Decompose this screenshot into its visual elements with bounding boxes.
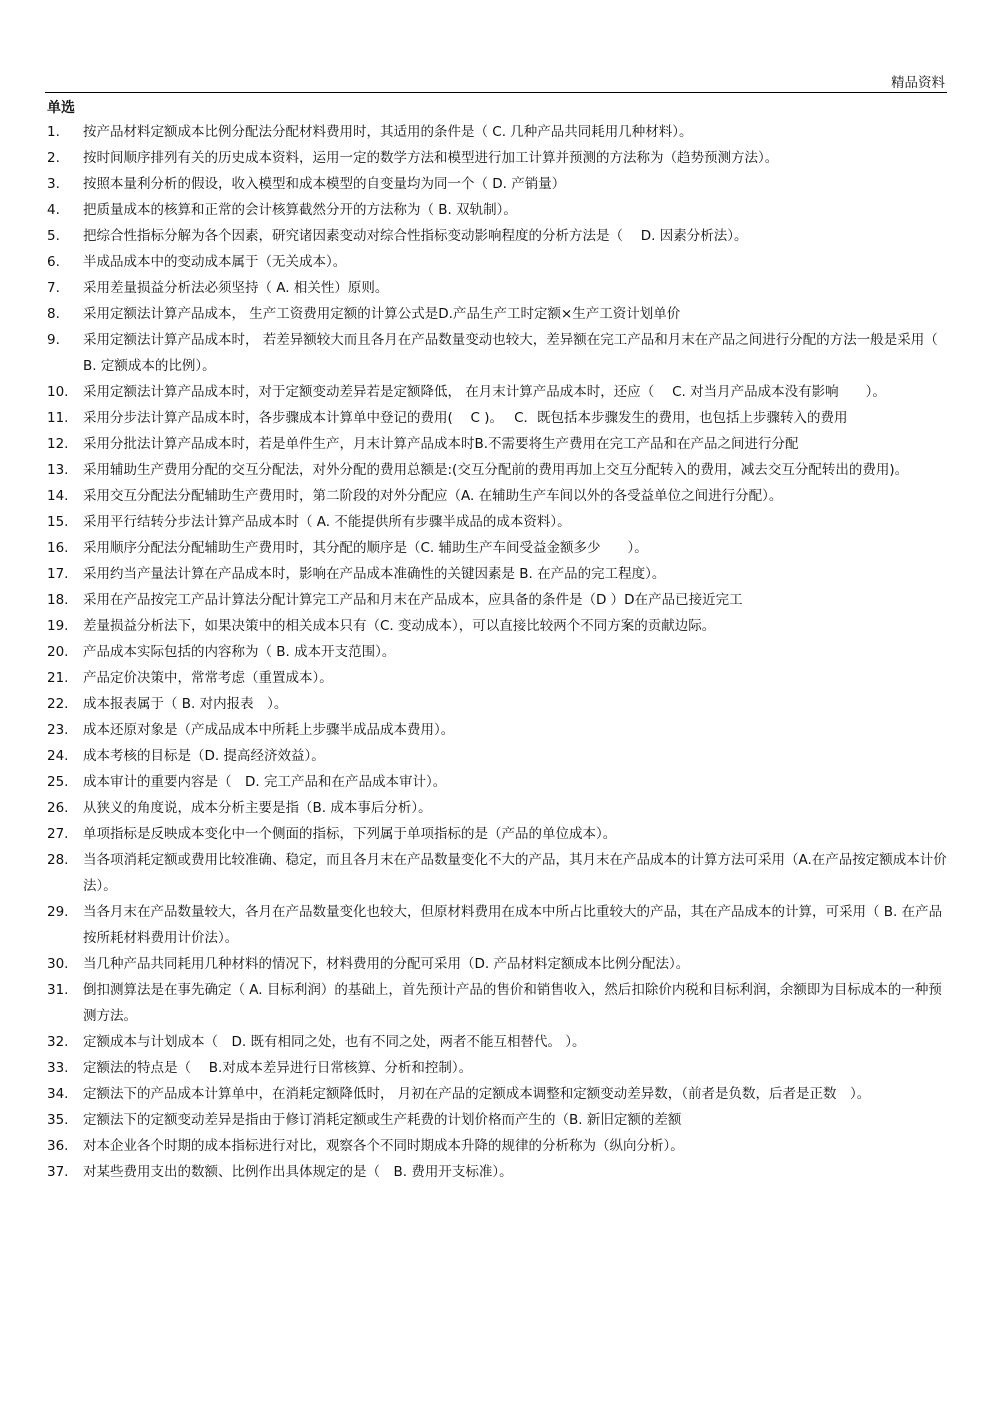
question-number: 36. [47,1133,83,1159]
question-number: 37. [47,1159,83,1185]
question-item: 37.对某些费用支出的数额、比例作出具体规定的是（ B. 费用开支标准）。 [47,1159,947,1185]
question-text: 半成品成本中的变动成本属于（无关成本）。 [83,249,947,275]
question-text: 采用定额法计算产品成本时， 若差异额较大而且各月在产品数量变动也较大，差异额在完… [83,327,947,379]
question-item: 18.采用在产品按完工产品计算法分配计算完工产品和月末在产品成本，应具备的条件是… [47,587,947,613]
question-text: 采用平行结转分步法计算产品成本时（ A. 不能提供所有步骤半成品的成本资料）。 [83,509,947,535]
question-number: 15. [47,509,83,535]
question-item: 3.按照本量利分析的假设，收入模型和成本模型的自变量均为同一个（ D. 产销量） [47,171,947,197]
question-item: 32.定额成本与计划成本（ D. 既有相同之处，也有不同之处，两者不能互相替代。… [47,1029,947,1055]
question-text: 按产品材料定额成本比例分配法分配材料费用时，其适用的条件是（ C. 几种产品共同… [83,119,947,145]
question-item: 20.产品成本实际包括的内容称为（ B. 成本开支范围）。 [47,639,947,665]
page-header: 精品资料 [45,70,947,93]
question-item: 24.成本考核的目标是（D. 提高经济效益）。 [47,743,947,769]
question-number: 6. [47,249,83,275]
question-text: 成本报表属于（ B. 对内报表 ）。 [83,691,947,717]
question-item: 6.半成品成本中的变动成本属于（无关成本）。 [47,249,947,275]
question-number: 27. [47,821,83,847]
question-text: 采用分步法计算产品成本时，各步骤成本计算单中登记的费用( C )。 C．既包括本… [83,405,947,431]
question-text: 当几种产品共同耗用几种材料的情况下，材料费用的分配可采用（D. 产品材料定额成本… [83,951,947,977]
header-label: 精品资料 [891,71,945,91]
question-number: 12. [47,431,83,457]
question-number: 21. [47,665,83,691]
question-number: 19. [47,613,83,639]
question-number: 13. [47,457,83,483]
question-text: 采用定额法计算产品成本， 生产工资费用定额的计算公式是D.产品生产工时定额×生产… [83,301,947,327]
question-number: 8. [47,301,83,327]
question-text: 当各月末在产品数量较大，各月在产品数量变化也较大，但原材料费用在成本中所占比重较… [83,899,947,951]
question-item: 34.定额法下的产品成本计算单中，在消耗定额降低时， 月初在产品的定额成本调整和… [47,1081,947,1107]
question-item: 12.采用分批法计算产品成本时，若是单件生产，月末计算产品成本时B.不需要将生产… [47,431,947,457]
question-text: 成本考核的目标是（D. 提高经济效益）。 [83,743,947,769]
question-text: 单项指标是反映成本变化中一个侧面的指标，下列属于单项指标的是（产品的单位成本）。 [83,821,947,847]
question-number: 34. [47,1081,83,1107]
question-item: 25.成本审计的重要内容是（ D. 完工产品和在产品成本审计）。 [47,769,947,795]
question-number: 20. [47,639,83,665]
question-number: 35. [47,1107,83,1133]
question-number: 25. [47,769,83,795]
question-text: 按时间顺序排列有关的历史成本资料，运用一定的数学方法和模型进行加工计算并预测的方… [83,145,947,171]
question-item: 9.采用定额法计算产品成本时， 若差异额较大而且各月在产品数量变动也较大，差异额… [47,327,947,379]
section-title: 单选 [47,97,75,117]
question-item: 35.定额法下的定额变动差异是指由于修订消耗定额或生产耗费的计划价格而产生的（B… [47,1107,947,1133]
question-item: 5.把综合性指标分解为各个因素，研究诸因素变动对综合性指标变动影响程度的分析方法… [47,223,947,249]
question-text: 定额法下的定额变动差异是指由于修订消耗定额或生产耗费的计划价格而产生的（B. 新… [83,1107,947,1133]
question-item: 4.把质量成本的核算和正常的会计核算截然分开的方法称为（ B. 双轨制）。 [47,197,947,223]
question-item: 19.差量损益分析法下，如果决策中的相关成本只有（C. 变动成本），可以直接比较… [47,613,947,639]
question-item: 7.采用差量损益分析法必须坚持（ A. 相关性）原则。 [47,275,947,301]
question-text: 采用在产品按完工产品计算法分配计算完工产品和月末在产品成本，应具备的条件是（D … [83,587,947,613]
question-text: 对本企业各个时期的成本指标进行对比，观察各个不同时期成本升降的规律的分析称为（纵… [83,1133,947,1159]
question-text: 产品成本实际包括的内容称为（ B. 成本开支范围）。 [83,639,947,665]
question-text: 采用约当产量法计算在产品成本时，影响在产品成本准确性的关键因素是 B. 在产品的… [83,561,947,587]
question-number: 28. [47,847,83,899]
question-text: 成本审计的重要内容是（ D. 完工产品和在产品成本审计）。 [83,769,947,795]
question-text: 采用差量损益分析法必须坚持（ A. 相关性）原则。 [83,275,947,301]
question-item: 28.当各项消耗定额或费用比较准确、稳定，而且各月末在产品数量变化不大的产品，其… [47,847,947,899]
question-item: 10.采用定额法计算产品成本时，对于定额变动差异若是定额降低， 在月末计算产品成… [47,379,947,405]
question-item: 16.采用顺序分配法分配辅助生产费用时，其分配的顺序是（C. 辅助生产车间受益金… [47,535,947,561]
question-number: 31. [47,977,83,1029]
question-item: 1.按产品材料定额成本比例分配法分配材料费用时，其适用的条件是（ C. 几种产品… [47,119,947,145]
question-item: 36.对本企业各个时期的成本指标进行对比，观察各个不同时期成本升降的规律的分析称… [47,1133,947,1159]
question-number: 26. [47,795,83,821]
question-item: 8.采用定额法计算产品成本， 生产工资费用定额的计算公式是D.产品生产工时定额×… [47,301,947,327]
question-number: 3. [47,171,83,197]
question-text: 采用分批法计算产品成本时，若是单件生产，月末计算产品成本时B.不需要将生产费用在… [83,431,947,457]
question-text: 从狭义的角度说，成本分析主要是指（B. 成本事后分析）。 [83,795,947,821]
question-item: 27.单项指标是反映成本变化中一个侧面的指标，下列属于单项指标的是（产品的单位成… [47,821,947,847]
question-item: 14.采用交互分配法分配辅助生产费用时，第二阶段的对外分配应（A. 在辅助生产车… [47,483,947,509]
question-text: 采用交互分配法分配辅助生产费用时，第二阶段的对外分配应（A. 在辅助生产车间以外… [83,483,947,509]
question-item: 15.采用平行结转分步法计算产品成本时（ A. 不能提供所有步骤半成品的成本资料… [47,509,947,535]
question-text: 倒扣测算法是在事先确定（ A. 目标利润）的基础上，首先预计产品的售价和销售收入… [83,977,947,1029]
question-number: 9. [47,327,83,379]
question-item: 22.成本报表属于（ B. 对内报表 ）。 [47,691,947,717]
question-text: 采用辅助生产费用分配的交互分配法，对外分配的费用总额是:(交互分配前的费用再加上… [83,457,947,483]
question-number: 30. [47,951,83,977]
question-item: 2.按时间顺序排列有关的历史成本资料，运用一定的数学方法和模型进行加工计算并预测… [47,145,947,171]
question-text: 产品定价决策中，常常考虑（重置成本）。 [83,665,947,691]
question-item: 21.产品定价决策中，常常考虑（重置成本）。 [47,665,947,691]
question-number: 1. [47,119,83,145]
question-number: 29. [47,899,83,951]
question-text: 差量损益分析法下，如果决策中的相关成本只有（C. 变动成本），可以直接比较两个不… [83,613,947,639]
question-item: 31.倒扣测算法是在事先确定（ A. 目标利润）的基础上，首先预计产品的售价和销… [47,977,947,1029]
question-item: 13.采用辅助生产费用分配的交互分配法，对外分配的费用总额是:(交互分配前的费用… [47,457,947,483]
question-text: 对某些费用支出的数额、比例作出具体规定的是（ B. 费用开支标准）。 [83,1159,947,1185]
question-text: 定额法下的产品成本计算单中，在消耗定额降低时， 月初在产品的定额成本调整和定额变… [83,1081,947,1107]
question-item: 29.当各月末在产品数量较大，各月在产品数量变化也较大，但原材料费用在成本中所占… [47,899,947,951]
question-number: 24. [47,743,83,769]
question-text: 采用顺序分配法分配辅助生产费用时，其分配的顺序是（C. 辅助生产车间受益金额多少… [83,535,947,561]
question-number: 17. [47,561,83,587]
question-item: 33.定额法的特点是（ B.对成本差异进行日常核算、分析和控制）。 [47,1055,947,1081]
question-number: 32. [47,1029,83,1055]
question-number: 16. [47,535,83,561]
question-text: 采用定额法计算产品成本时，对于定额变动差异若是定额降低， 在月末计算产品成本时，… [83,379,947,405]
question-number: 33. [47,1055,83,1081]
question-number: 23. [47,717,83,743]
question-item: 11.采用分步法计算产品成本时，各步骤成本计算单中登记的费用( C )。 C．既… [47,405,947,431]
question-text: 按照本量利分析的假设，收入模型和成本模型的自变量均为同一个（ D. 产销量） [83,171,947,197]
question-item: 17.采用约当产量法计算在产品成本时，影响在产品成本准确性的关键因素是 B. 在… [47,561,947,587]
question-number: 14. [47,483,83,509]
question-text: 当各项消耗定额或费用比较准确、稳定，而且各月末在产品数量变化不大的产品，其月末在… [83,847,947,899]
question-number: 22. [47,691,83,717]
question-item: 23.成本还原对象是（产成品成本中所耗上步骤半成品成本费用）。 [47,717,947,743]
question-number: 10. [47,379,83,405]
question-list: 1.按产品材料定额成本比例分配法分配材料费用时，其适用的条件是（ C. 几种产品… [47,119,947,1185]
question-item: 26.从狭义的角度说，成本分析主要是指（B. 成本事后分析）。 [47,795,947,821]
question-number: 2. [47,145,83,171]
question-number: 11. [47,405,83,431]
question-text: 定额成本与计划成本（ D. 既有相同之处，也有不同之处，两者不能互相替代。 ）。 [83,1029,947,1055]
question-number: 7. [47,275,83,301]
question-text: 把综合性指标分解为各个因素，研究诸因素变动对综合性指标变动影响程度的分析方法是（… [83,223,947,249]
question-number: 5. [47,223,83,249]
question-number: 4. [47,197,83,223]
question-number: 18. [47,587,83,613]
question-text: 成本还原对象是（产成品成本中所耗上步骤半成品成本费用）。 [83,717,947,743]
question-text: 把质量成本的核算和正常的会计核算截然分开的方法称为（ B. 双轨制）。 [83,197,947,223]
question-text: 定额法的特点是（ B.对成本差异进行日常核算、分析和控制）。 [83,1055,947,1081]
question-item: 30.当几种产品共同耗用几种材料的情况下，材料费用的分配可采用（D. 产品材料定… [47,951,947,977]
